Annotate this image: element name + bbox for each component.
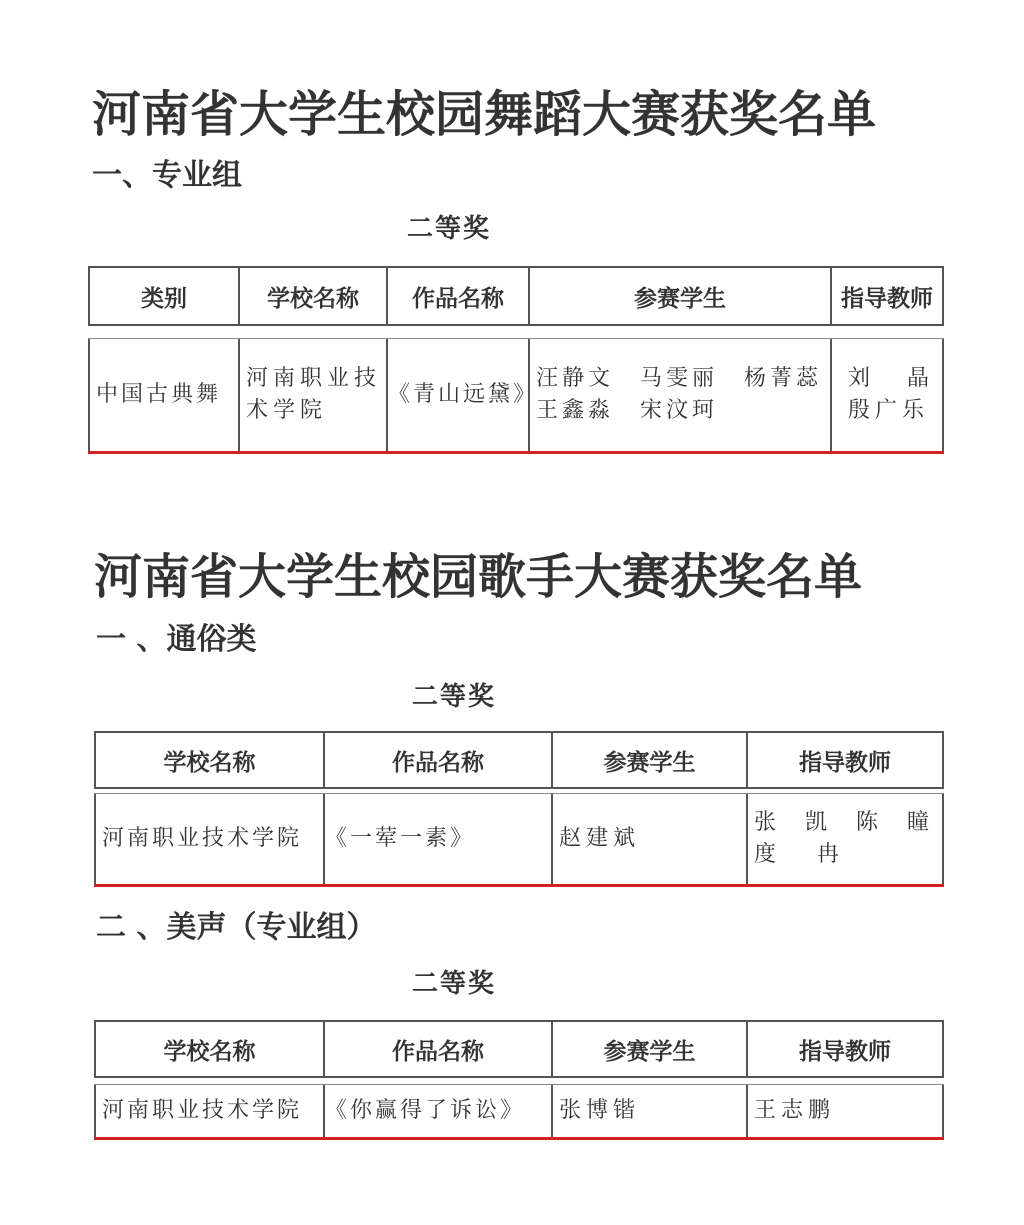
- table-header-row: 学校名称 作品名称 参赛学生 指导教师: [94, 731, 944, 789]
- teacher-name-part: 晶: [907, 363, 934, 395]
- cell-teacher: 王志鹏: [746, 1085, 944, 1137]
- table-header-row: 类别 学校名称 作品名称 参赛学生 指导教师: [88, 266, 944, 326]
- cell-student: 赵建斌: [551, 794, 746, 884]
- teacher-name-part: 冉: [817, 839, 844, 871]
- cell-teachers: 刘 晶 殷广乐: [830, 339, 944, 451]
- student-name: 马雯丽: [640, 363, 718, 395]
- cell-work: 《青山远黛》: [386, 339, 528, 451]
- header-category: 类别: [88, 268, 238, 324]
- singer-title: 河南省大学生校园歌手大赛获奖名单: [94, 538, 862, 607]
- teacher-name-part: 刘: [848, 363, 875, 395]
- header-teachers: 指导教师: [746, 1022, 944, 1076]
- header-work: 作品名称: [386, 268, 528, 324]
- school-line2: 术学院: [246, 395, 381, 427]
- teacher-name-part: 凯: [805, 807, 832, 839]
- cell-school: 河南职业技术学院: [94, 794, 323, 884]
- table-row: 河南职业技术学院 《你赢得了诉讼》 张博锴 王志鹏: [94, 1084, 944, 1140]
- dance-title: 河南省大学生校园舞蹈大赛获奖名单: [92, 76, 876, 146]
- pop-award-level: 二等奖: [412, 676, 496, 713]
- table-header-row: 学校名称 作品名称 参赛学生 指导教师: [94, 1020, 944, 1078]
- header-school: 学校名称: [238, 268, 386, 324]
- dance-section-heading: 一、专业组: [92, 150, 242, 194]
- pop-section-heading: 一 、通俗类: [96, 614, 256, 658]
- header-teachers: 指导教师: [830, 268, 944, 324]
- student-name: 汪静文: [536, 363, 614, 395]
- cell-school: 河南职业技 术学院: [238, 339, 386, 451]
- teacher-name-part: 陈: [856, 807, 883, 839]
- teacher-name: 殷广乐: [848, 395, 942, 427]
- header-students: 参赛学生: [528, 268, 830, 324]
- cell-school: 河南职业技术学院: [94, 1085, 323, 1137]
- header-work: 作品名称: [323, 733, 551, 787]
- teacher-name-part: 张: [754, 807, 781, 839]
- header-school: 学校名称: [94, 1022, 323, 1076]
- teacher-name-part: 瞳: [907, 807, 934, 839]
- bel-canto-award-level: 二等奖: [412, 963, 496, 1000]
- cell-work: 《你赢得了诉讼》: [323, 1085, 551, 1137]
- header-teachers: 指导教师: [746, 733, 944, 787]
- student-name: 王鑫淼: [536, 395, 614, 427]
- cell-students: 汪静文 马雯丽 杨菁蕊 王鑫淼 宋汶珂: [528, 339, 830, 451]
- student-name: 宋汶珂: [640, 395, 718, 427]
- cell-category: 中国古典舞: [88, 339, 238, 451]
- table-row: 河南职业技术学院 《一荤一素》 赵建斌 张 凯 陈 瞳 度 冉: [94, 793, 944, 887]
- student-name: 杨菁蕊: [744, 363, 822, 395]
- header-work: 作品名称: [323, 1022, 551, 1076]
- table-row: 中国古典舞 河南职业技 术学院 《青山远黛》 汪静文 马雯丽 杨菁蕊 王鑫淼 宋…: [88, 338, 944, 454]
- bel-canto-section-heading: 二 、美声（专业组）: [96, 902, 376, 946]
- cell-student: 张博锴: [551, 1085, 746, 1137]
- cell-teachers: 张 凯 陈 瞳 度 冉: [746, 794, 944, 884]
- header-students: 参赛学生: [551, 1022, 746, 1076]
- header-students: 参赛学生: [551, 733, 746, 787]
- header-school: 学校名称: [94, 733, 323, 787]
- dance-award-level: 二等奖: [407, 208, 491, 245]
- cell-work: 《一荤一素》: [323, 794, 551, 884]
- school-line1: 河南职业技: [246, 363, 381, 395]
- teacher-name-part: 度: [754, 839, 781, 871]
